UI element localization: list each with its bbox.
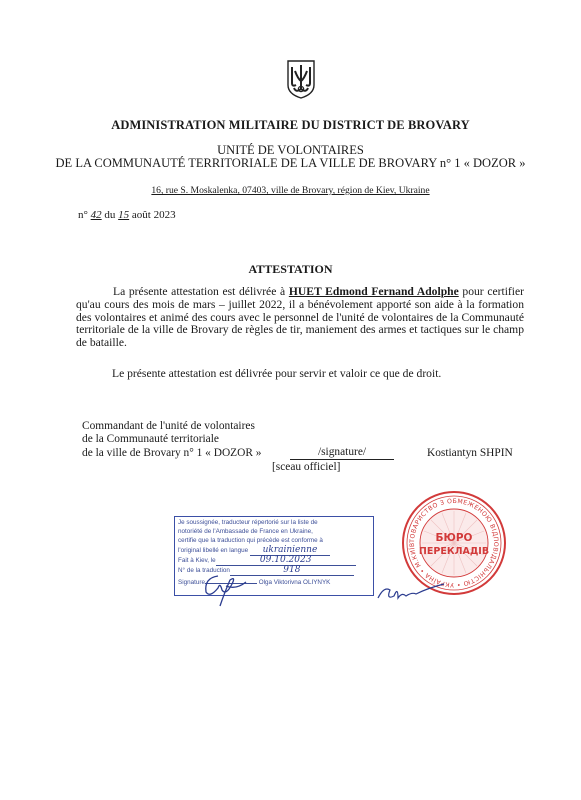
stamp-line: notoriété de l'Ambassade de France en Uk… bbox=[178, 527, 370, 536]
ukraine-trident-emblem-icon bbox=[286, 59, 316, 99]
unit-heading-line2: DE LA COMMUNAUTÉ TERRITORIALE DE LA VILL… bbox=[0, 156, 581, 171]
official-seal-placeholder: [sceau officiel] bbox=[272, 461, 340, 473]
seal-center-line2: ПЕРЕКЛАДІВ bbox=[419, 546, 489, 557]
translator-name: Olga Viktorivna OLIYNYK bbox=[259, 579, 331, 586]
reference-du: du bbox=[104, 209, 115, 221]
signatory-title-line: de la Communauté territoriale bbox=[82, 433, 262, 446]
administration-heading: ADMINISTRATION MILITAIRE DU DISTRICT DE … bbox=[0, 118, 581, 133]
signatory-title-line: Commandant de l'unité de volontaires bbox=[82, 420, 262, 433]
seal-signature-scribble bbox=[376, 572, 446, 606]
reference-day: 15 bbox=[118, 209, 129, 221]
recipient-name: HUET Edmond Fernand Adolphe bbox=[289, 285, 459, 298]
document-title: ATTESTATION bbox=[0, 262, 581, 277]
language-label: l'original libellé en langue bbox=[178, 547, 248, 554]
attestation-paragraph: La présente attestation est délivrée à H… bbox=[76, 286, 524, 350]
p1-before: La présente attestation est délivrée à bbox=[113, 285, 285, 298]
document-reference: n° 42 du 15 août 2023 bbox=[78, 209, 176, 221]
reference-month-year: août 2023 bbox=[132, 209, 176, 221]
seal-center-line1: БЮРО bbox=[436, 532, 473, 544]
closing-paragraph: Le présente attestation est délivrée pou… bbox=[112, 367, 441, 380]
signature-placeholder: /signature/ bbox=[290, 446, 394, 460]
place-date-label: Fait à Kiev, le bbox=[178, 557, 216, 564]
reference-prefix: n° bbox=[78, 209, 88, 221]
translator-signature-scribble bbox=[196, 568, 256, 610]
unit-address: 16, rue S. Moskalenka, 07403, ville de B… bbox=[0, 185, 581, 196]
signer-name: Kostiantyn SHPIN bbox=[427, 447, 513, 459]
reference-number: 42 bbox=[91, 209, 102, 221]
signatory-title: Commandant de l'unité de volontaires de … bbox=[82, 420, 262, 460]
stamp-line: Je soussignée, traducteur répertorié sur… bbox=[178, 518, 370, 527]
signatory-title-line: de la ville de Brovary n° 1 « DOZOR » bbox=[82, 447, 262, 460]
